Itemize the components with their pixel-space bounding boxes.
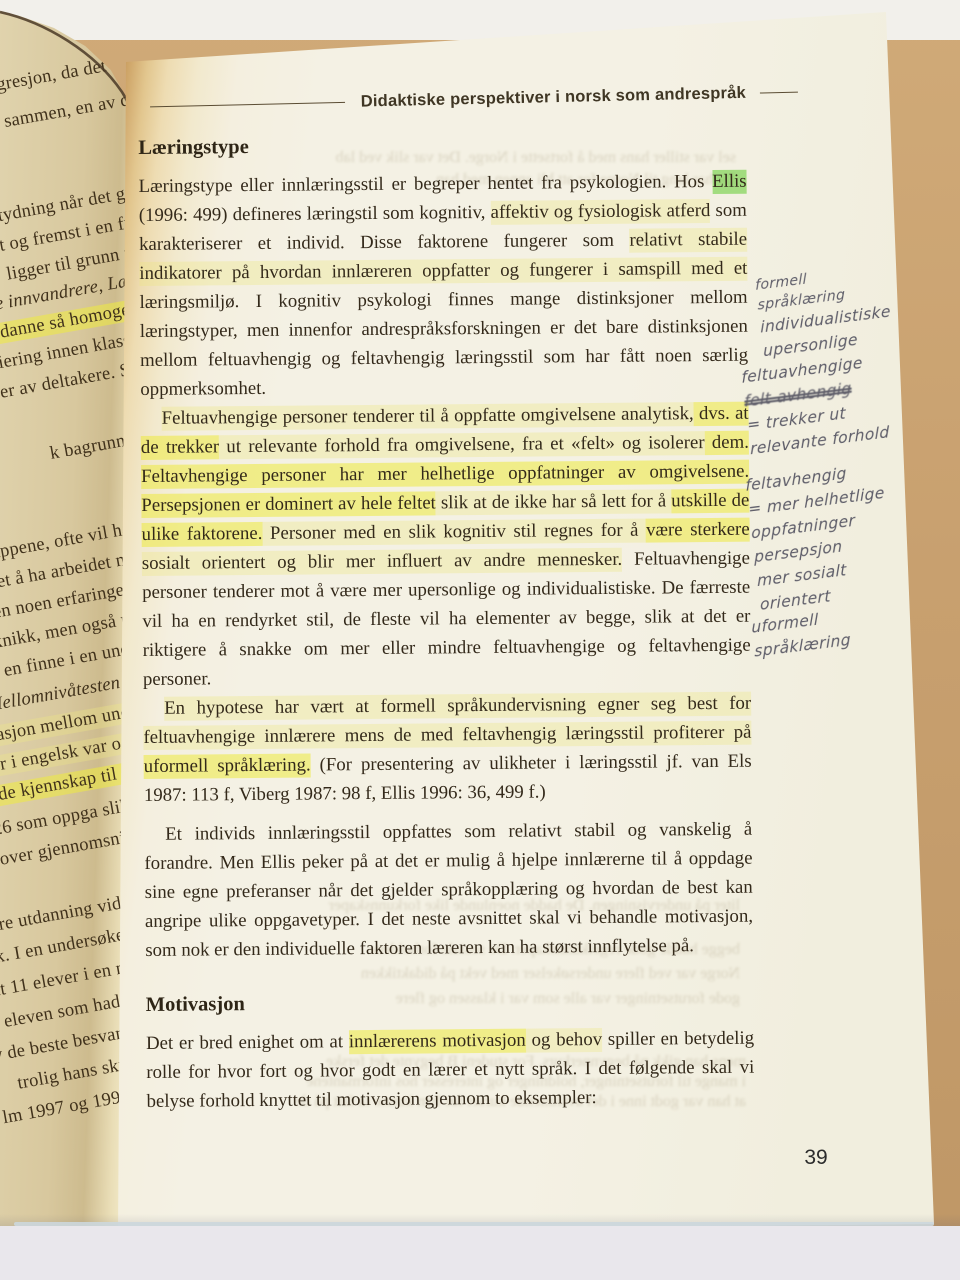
highlighted-text: En hypotese har vært at formell språkund…	[143, 692, 751, 750]
highlighted-text: være sterkere	[646, 518, 750, 543]
section-heading: Læringstype	[138, 129, 746, 163]
paragraph: Et individs innlæringsstil oppfattes som…	[144, 815, 753, 965]
text-segment: (1996: 499) defineres læringstil som kog…	[139, 202, 491, 226]
book-photo: e progresjon, da det ogr virker sammen, …	[0, 0, 960, 1280]
highlighted-text: Ellis	[712, 170, 747, 194]
highlighted-text: Personer med en slik kognitiv stil regne…	[262, 519, 646, 546]
page-header: Didaktiske perspektiver i norsk som andr…	[150, 83, 798, 117]
paragraph: Det er bred enighet om at innlærerens mo…	[146, 1024, 755, 1116]
text-segment: Læringstype eller innlæringsstil er begr…	[139, 171, 713, 197]
margin-note-group: formellspråklæringindividualistiskeupers…	[754, 260, 895, 363]
paragraph: En hypotese har vært at formell språkund…	[143, 689, 752, 810]
margin-note-group: uformellspråklæring	[750, 604, 852, 663]
main-page: sel var stiller hans med å fortsette i N…	[0, 0, 960, 1280]
highlighted-text: affektiv og fysiologisk atferd	[491, 199, 711, 225]
text-segment: Et individs innlæringsstil oppfattes som…	[144, 819, 753, 961]
paragraph: Læringstype eller innlæringsstil er begr…	[138, 167, 748, 404]
paragraph: Feltuavhengige personer tenderer til å o…	[140, 399, 751, 694]
highlighted-text: dem.	[704, 431, 749, 455]
running-head-title: Didaktiske perspektiver i norsk som andr…	[361, 84, 747, 112]
left-page-text-line: r virker sammen, en av d	[0, 90, 132, 143]
header-rule-right	[760, 92, 798, 94]
table-surface	[0, 1226, 960, 1280]
highlighted-text: ut relevante forhold fra omgivelsene, fr…	[219, 431, 705, 459]
highlighted-text: og behov	[526, 1028, 603, 1053]
section-heading: Motivasjon	[146, 986, 754, 1020]
highlighted-text: innlærerens motivasjon	[349, 1029, 526, 1055]
left-page-text: e progresjon, da det ogr virker sammen, …	[0, 0, 138, 1232]
highlighted-text: uformell språklæring.	[144, 754, 311, 779]
text-segment: Det er bred enighet om at	[146, 1031, 349, 1054]
highlighted-text: slik at de ikke har så lett for å	[436, 489, 672, 515]
page-bottom-edge	[14, 1222, 934, 1226]
header-rule-left	[150, 102, 345, 107]
margin-note-group: feltuavhengigefelt-avhengig= trekker utr…	[740, 349, 891, 461]
left-page-text-line: k bagrunn.	[48, 430, 132, 465]
margin-note-group: feltavhengig= mer helhetligeoppfatninger…	[744, 457, 898, 617]
text-segment: læringsmiljø. I kognitiv psykologi finne…	[140, 287, 749, 400]
page-number: 39	[792, 1146, 840, 1170]
text-column: LæringstypeLæringstype eller innlæringss…	[138, 113, 755, 1116]
highlighted-text: Feltuavhengige personer tenderer til å o…	[162, 402, 694, 431]
